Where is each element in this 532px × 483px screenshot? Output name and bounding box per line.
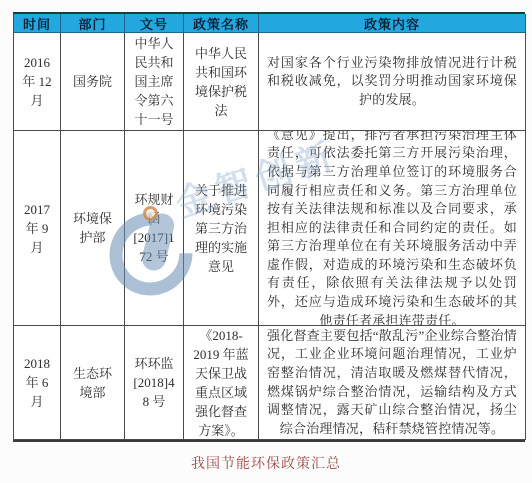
cell-row2-dept: 环境保 护部	[61, 131, 125, 326]
cell-row1-time: 2016 年 12 月	[14, 33, 61, 131]
cell-row2-doc: 环规财 函 [2017]1 72 号	[125, 131, 184, 326]
cell-row2-content: 《意见》提出，排污者承担污染治理主体责任，可依法委托第三方开展污染治理，依据与第…	[259, 131, 526, 326]
cell-row3-doc: 环环监 [2018]4 8 号	[125, 326, 184, 440]
column-header-name: 政策名称	[184, 14, 259, 33]
cell-row3-content: 强化督查主要包括“散乱污”企业综合整治情况，工业企业环境问题治理情况，工业炉窑整…	[259, 326, 526, 440]
policy-content-text: 对国家各个行业污染物排放情况进行计税和税收减免，以奖罚分明推动国家环境保护的发展…	[267, 54, 517, 110]
column-header-time: 时间	[14, 14, 61, 33]
table-caption: 我国节能环保政策汇总	[0, 453, 532, 473]
cell-row2-time: 2017 年 9 月	[14, 131, 61, 326]
cell-row1-doc: 中华人 民共和 国主席 令第六 十一号	[125, 33, 184, 131]
cell-row3-dept: 生态环 境部	[61, 326, 125, 440]
cell-row2-name: 关于推进 环境污染 第三方治 理的实施 意见	[184, 131, 259, 326]
page: 时间 部门 文号 政策名称 政策内容 2016 年 12 月 国务院 中华人 民…	[0, 0, 532, 483]
policy-table: 时间 部门 文号 政策名称 政策内容 2016 年 12 月 国务院 中华人 民…	[13, 12, 525, 442]
cell-row1-content: 对国家各个行业污染物排放情况进行计税和税收减免，以奖罚分明推动国家环境保护的发展…	[259, 33, 526, 131]
cell-row1-name: 中华人民 共和国环 境保护税 法	[184, 33, 259, 131]
cell-row3-name: 《2018- 2019 年蓝 天保卫战 重点区域 强化督查 方案》。	[184, 326, 259, 440]
cell-row1-dept: 国务院	[61, 33, 125, 131]
column-header-dept: 部门	[61, 14, 125, 33]
cell-row3-time: 2018 年 6 月	[14, 326, 61, 440]
column-header-doc: 文号	[125, 14, 184, 33]
policy-content-text: 强化督查主要包括“散乱污”企业综合整治情况，工业企业环境问题治理情况，工业炉窑整…	[267, 327, 517, 439]
policy-content-text: 《意见》提出，排污者承担污染治理主体责任，可依法委托第三方开展污染治理，依据与第…	[267, 131, 517, 326]
column-header-content: 政策内容	[259, 14, 526, 33]
